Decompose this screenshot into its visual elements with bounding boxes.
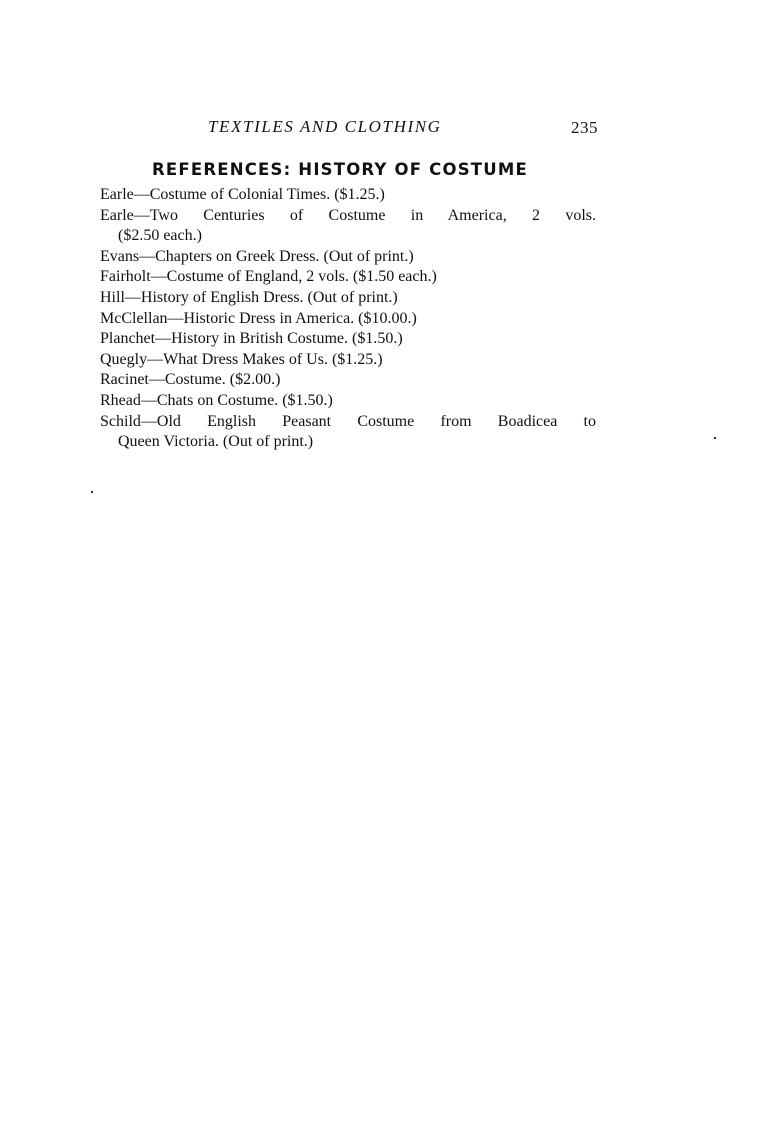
reference-item: Planchet—History in British Costume. ($1… — [100, 329, 596, 350]
reference-item: Fairholt—Costume of England, 2 vols. ($1… — [100, 267, 596, 288]
running-head: TEXTILES AND CLOTHING 235 — [0, 117, 770, 139]
reference-item: Hill—History of English Dress. (Out of p… — [100, 288, 596, 309]
reference-item: Racinet—Costume. ($2.00.) — [100, 370, 596, 391]
reference-item: Schild—Old English Peasant Costume from … — [100, 412, 596, 453]
reference-line: Earle—Two Centuries of Costume in Americ… — [100, 206, 596, 227]
reference-item: Evans—Chapters on Greek Dress. (Out of p… — [100, 247, 596, 268]
section-title: REFERENCES: HISTORY OF COSTUME — [152, 160, 528, 179]
reference-item: Earle—Two Centuries of Costume in Americ… — [100, 206, 596, 247]
reference-item: McClellan—Historic Dress in America. ($1… — [100, 309, 596, 330]
page-number: 235 — [571, 118, 598, 138]
scan-speck — [91, 491, 93, 493]
scan-speck — [714, 437, 716, 439]
reference-line: Schild—Old English Peasant Costume from … — [100, 412, 596, 433]
running-title: TEXTILES AND CLOTHING — [208, 117, 442, 137]
reference-list: Earle—Costume of Colonial Times. ($1.25.… — [100, 185, 596, 453]
reference-line: Queen Victoria. (Out of print.) — [100, 432, 596, 453]
reference-item: Rhead—Chats on Costume. ($1.50.) — [100, 391, 596, 412]
reference-item: Earle—Costume of Colonial Times. ($1.25.… — [100, 185, 596, 206]
reference-line: ($2.50 each.) — [100, 226, 596, 247]
reference-item: Quegly—What Dress Makes of Us. ($1.25.) — [100, 350, 596, 371]
